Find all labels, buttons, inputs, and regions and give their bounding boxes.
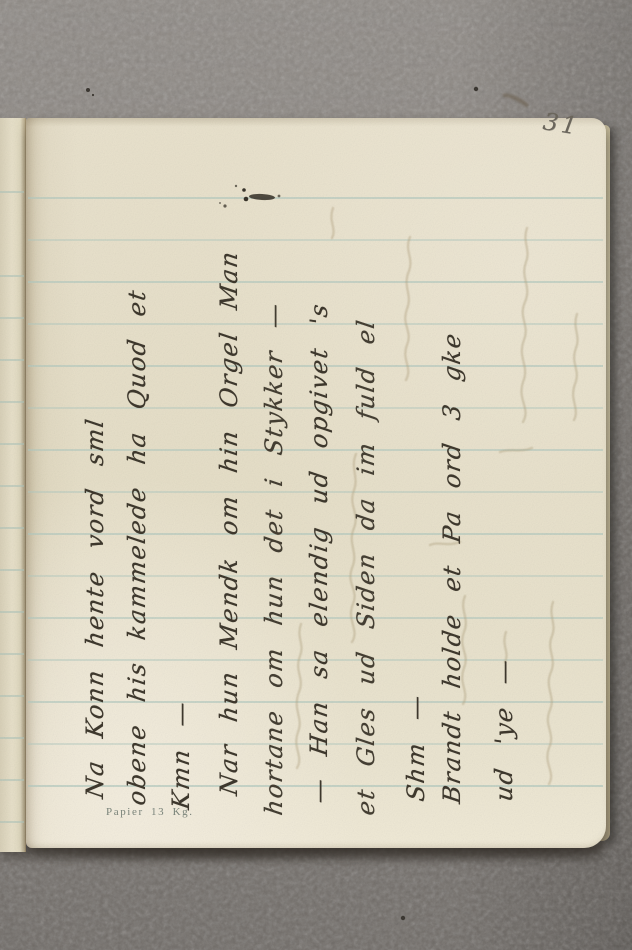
photo-scene: Na Konn hente vord sml obene his kammele… (0, 0, 632, 950)
paper-weight-label: Papier 13 Kg. (106, 806, 194, 818)
ink-smudge (0, 0, 632, 950)
